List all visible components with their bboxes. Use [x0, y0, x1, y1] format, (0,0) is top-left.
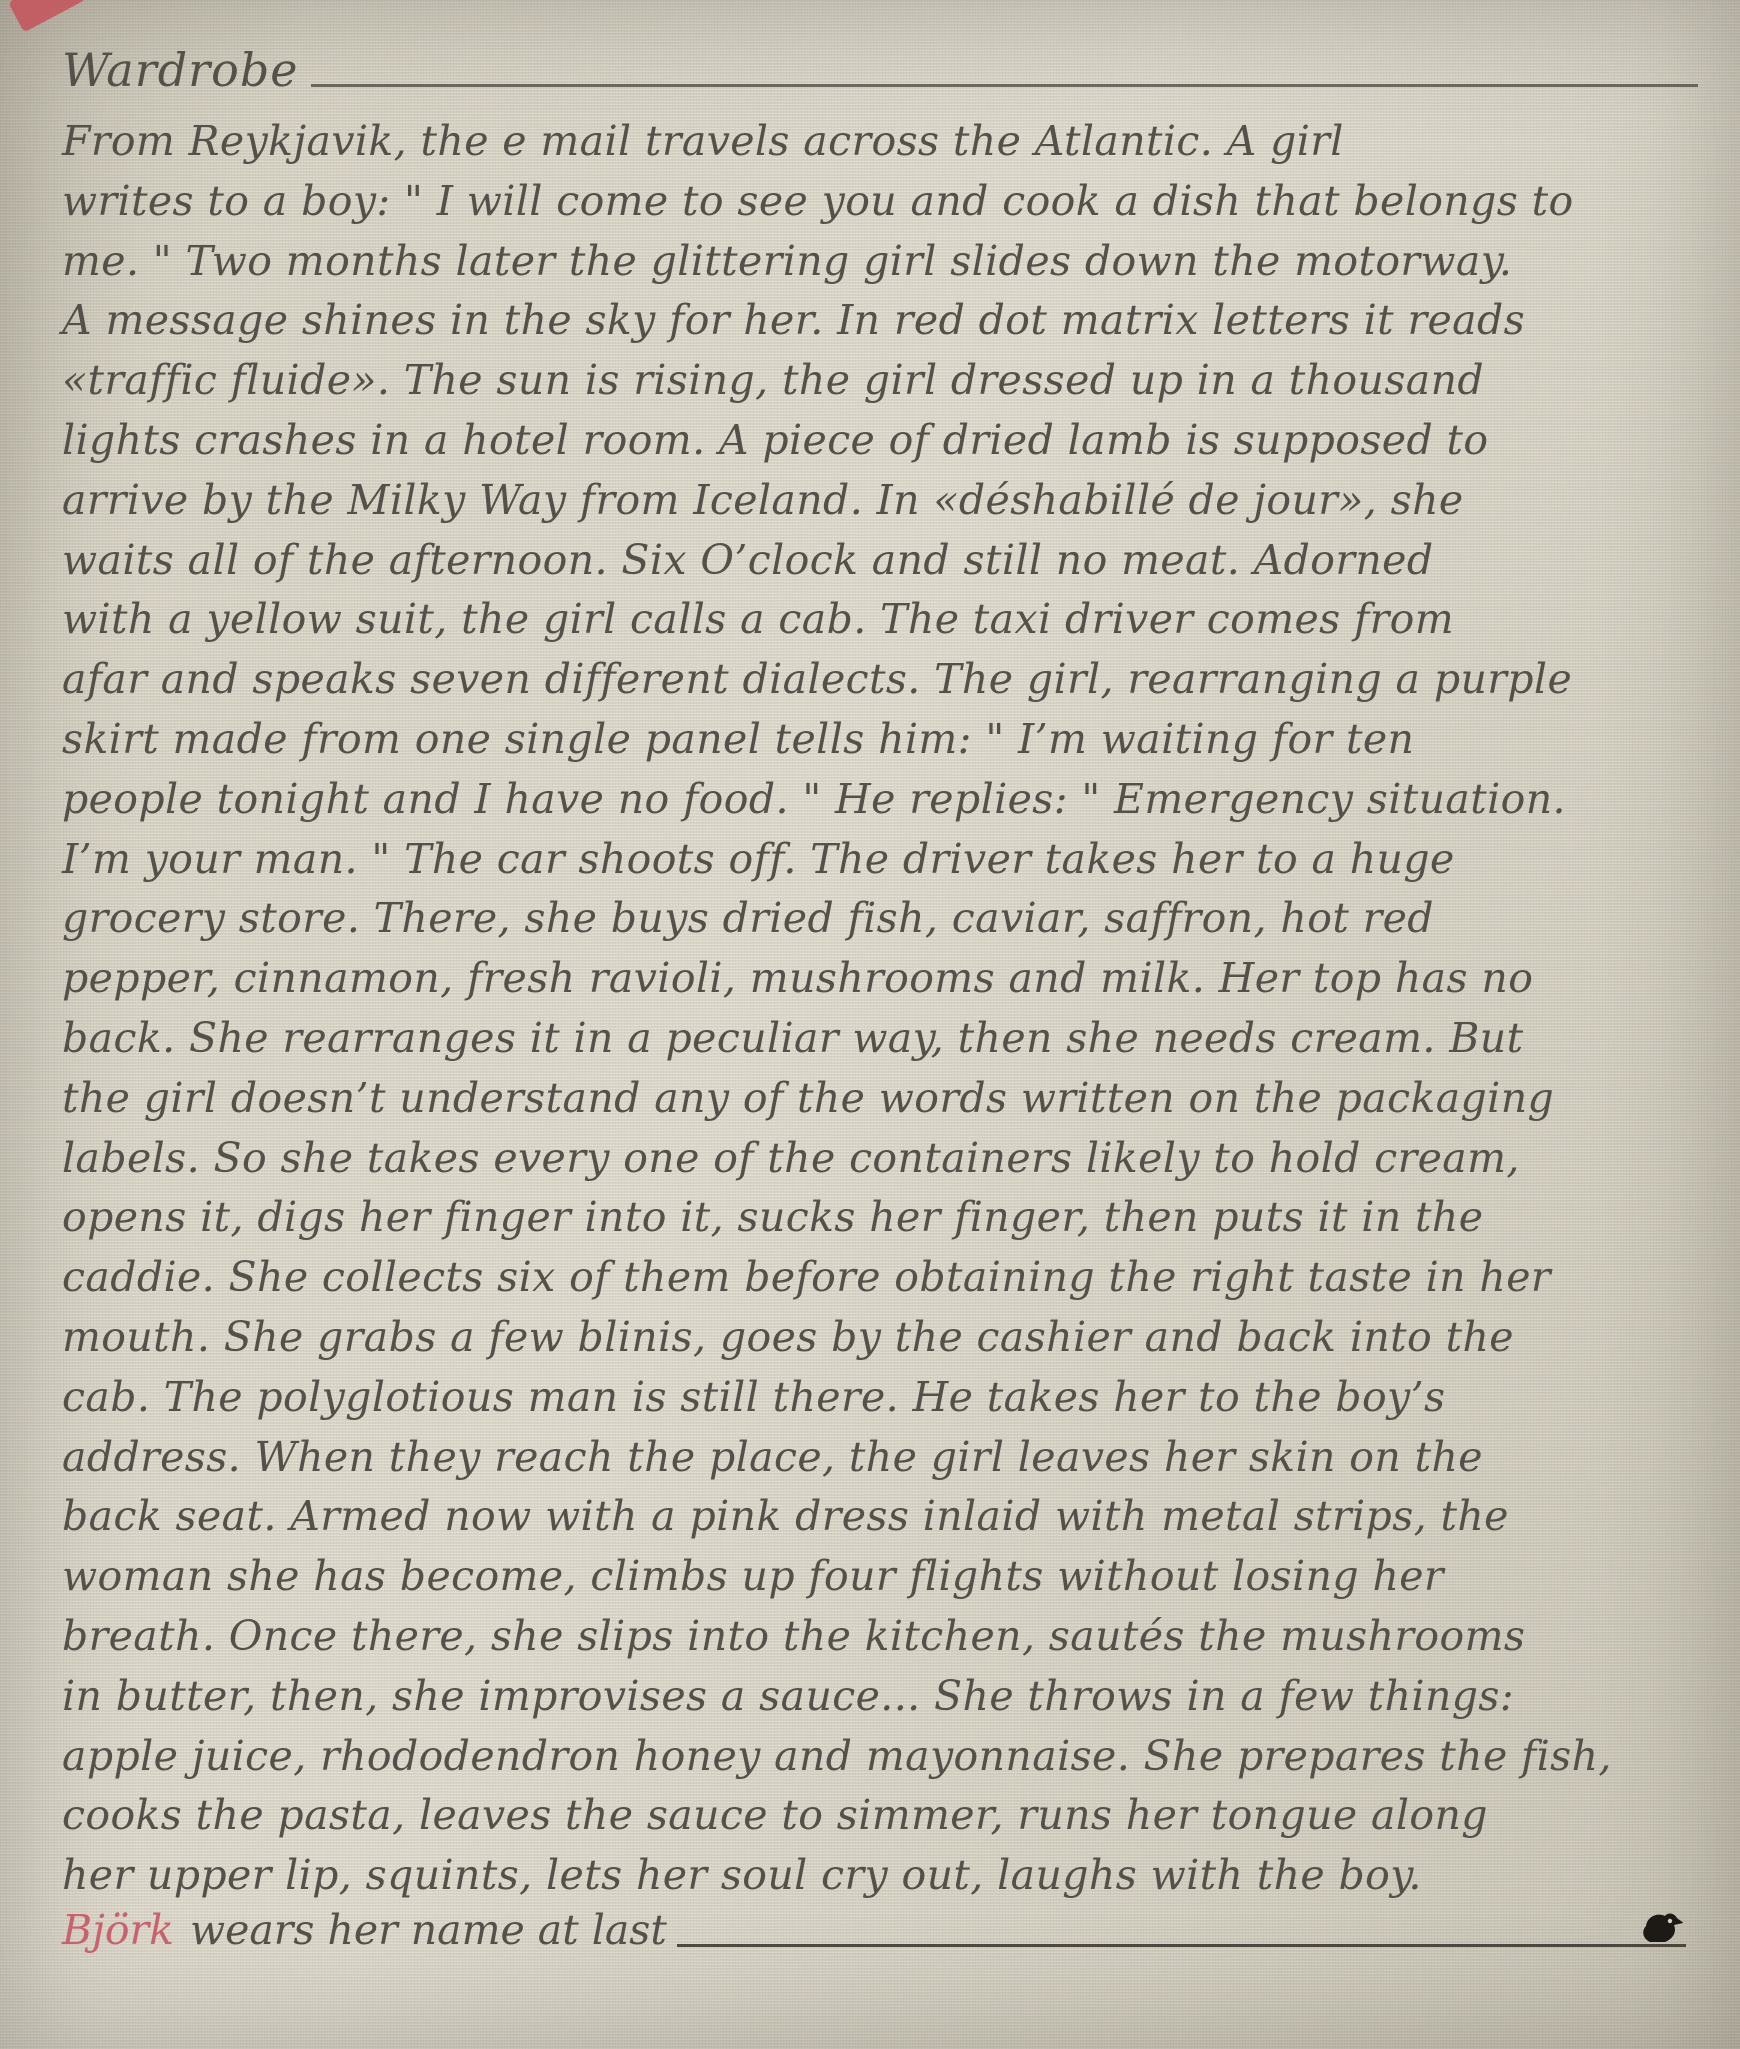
body-text: From Reykjavik, the e mail travels acros…: [62, 112, 1714, 1906]
text-line: waits all of the afternoon. Six O’clock …: [62, 531, 1714, 591]
text-line: A message shines in the sky for her. In …: [62, 291, 1714, 351]
text-line: back seat. Armed now with a pink dress i…: [62, 1487, 1714, 1547]
bird-icon: [1640, 1908, 1684, 1944]
signature-text: wears her name at last: [190, 1902, 667, 1958]
text-line: me. " Two months later the glittering gi…: [62, 232, 1714, 292]
text-line: the girl doesn’t understand any of the w…: [62, 1069, 1714, 1129]
text-line: caddie. She collects six of them before …: [62, 1248, 1714, 1308]
page-title: Wardrobe: [62, 44, 299, 96]
text-line: her upper lip, squints, lets her soul cr…: [62, 1846, 1714, 1906]
signature-row: Björk wears her name at last: [62, 1902, 1686, 1958]
title-underline: [311, 84, 1699, 87]
text-line: skirt made from one single panel tells h…: [62, 710, 1714, 770]
text-line: opens it, digs her finger into it, sucks…: [62, 1188, 1714, 1248]
text-line: «traffic fluide». The sun is rising, the…: [62, 351, 1714, 411]
text-line: mouth. She grabs a few blinis, goes by t…: [62, 1308, 1714, 1368]
red-corner-mark: [8, 0, 86, 32]
signature-underline: [677, 1944, 1686, 1947]
text-line: I’m your man. " The car shoots off. The …: [62, 830, 1714, 890]
text-line: breath. Once there, she slips into the k…: [62, 1607, 1714, 1667]
text-line: From Reykjavik, the e mail travels acros…: [62, 112, 1714, 172]
text-line: address. When they reach the place, the …: [62, 1428, 1714, 1488]
text-line: writes to a boy: " I will come to see yo…: [62, 172, 1714, 232]
text-line: in butter, then, she improvises a sauce.…: [62, 1667, 1714, 1727]
text-line: pepper, cinnamon, fresh ravioli, mushroo…: [62, 949, 1714, 1009]
text-line: woman she has become, climbs up four fli…: [62, 1547, 1714, 1607]
signature-name: Björk: [62, 1902, 174, 1958]
text-line: cab. The polyglotious man is still there…: [62, 1368, 1714, 1428]
embroidered-text-page: Wardrobe From Reykjavik, the e mail trav…: [0, 0, 1740, 2049]
text-line: cooks the pasta, leaves the sauce to sim…: [62, 1786, 1714, 1846]
title-row: Wardrobe: [62, 44, 1698, 96]
text-line: labels. So she takes every one of the co…: [62, 1129, 1714, 1189]
text-line: people tonight and I have no food. " He …: [62, 770, 1714, 830]
text-line: afar and speaks seven different dialects…: [62, 650, 1714, 710]
text-line: apple juice, rhododendron honey and mayo…: [62, 1727, 1714, 1787]
text-line: grocery store. There, she buys dried fis…: [62, 889, 1714, 949]
text-line: back. She rearranges it in a peculiar wa…: [62, 1009, 1714, 1069]
text-line: lights crashes in a hotel room. A piece …: [62, 411, 1714, 471]
text-line: with a yellow suit, the girl calls a cab…: [62, 590, 1714, 650]
text-line: arrive by the Milky Way from Iceland. In…: [62, 471, 1714, 531]
